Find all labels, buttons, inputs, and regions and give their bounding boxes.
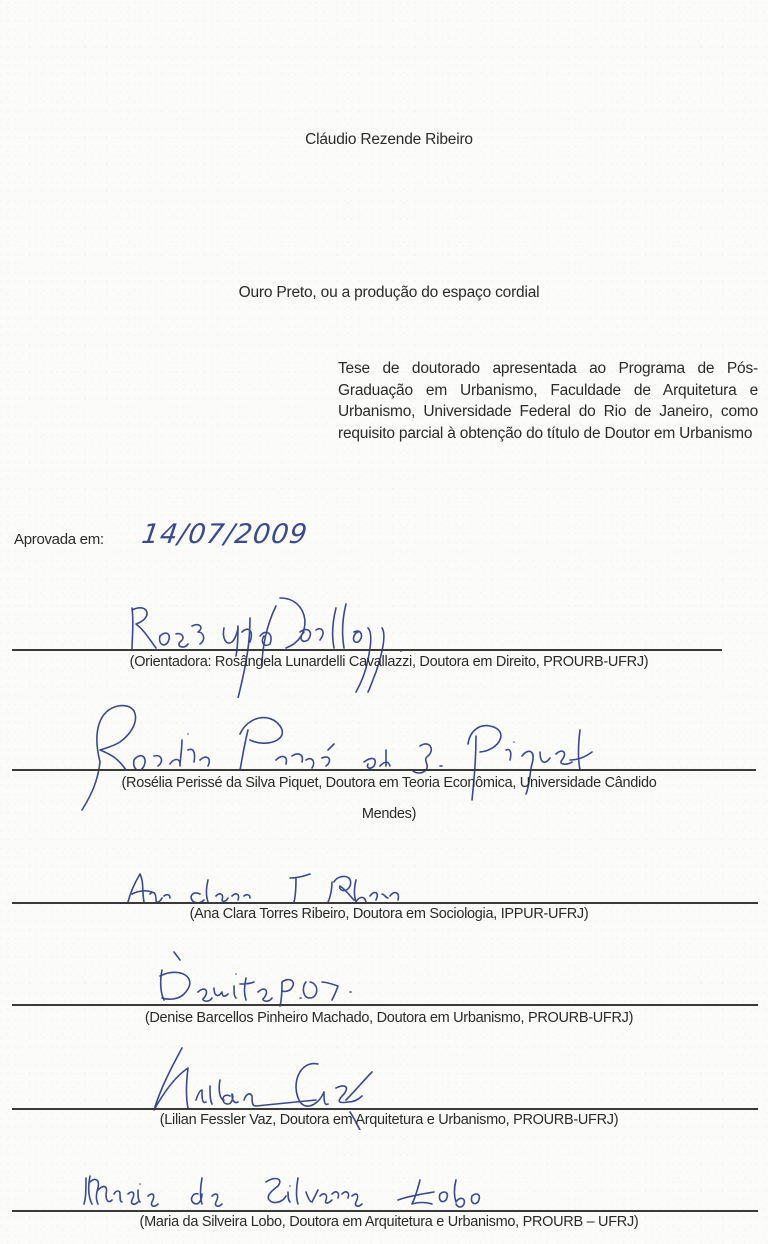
committee-caption-1: (Orientadora: Rosângela Lunardelli Caval… [0,654,768,670]
signature-member-3 [120,866,440,906]
signature-line-4 [12,1004,758,1006]
signature-line-5 [12,1108,758,1110]
approval-label: Aprovada em: [14,531,104,548]
committee-caption-5: (Lilian Fessler Vaz, Doutora em Arquitet… [0,1112,768,1128]
author-name: Cláudio Rezende Ribeiro [0,131,768,149]
signature-line-2 [12,769,756,771]
signature-orientadora [120,588,500,698]
thesis-title: Ouro Preto, ou a produção do espaço cord… [0,284,768,302]
signature-member-4 [150,948,410,1008]
approval-date: 14/07/2009 [140,519,310,550]
committee-caption-4: (Denise Barcellos Pinheiro Machado, Dout… [0,1010,768,1026]
thesis-description: Tese de doutorado apresentada ao Program… [338,358,758,444]
signature-line-3 [12,902,758,904]
committee-caption-3: (Ana Clara Torres Ribeiro, Doutora em So… [0,906,768,922]
signature-line-1 [12,649,722,651]
committee-caption-2: (Rosélia Perissé da Silva Piquet, Doutor… [0,775,768,791]
signature-line-6 [12,1210,758,1212]
signature-member-6 [80,1170,520,1210]
committee-caption-6: (Maria da Silveira Lobo, Doutora em Arqu… [0,1214,768,1230]
committee-caption-2-cont: Mendes) [0,806,768,822]
